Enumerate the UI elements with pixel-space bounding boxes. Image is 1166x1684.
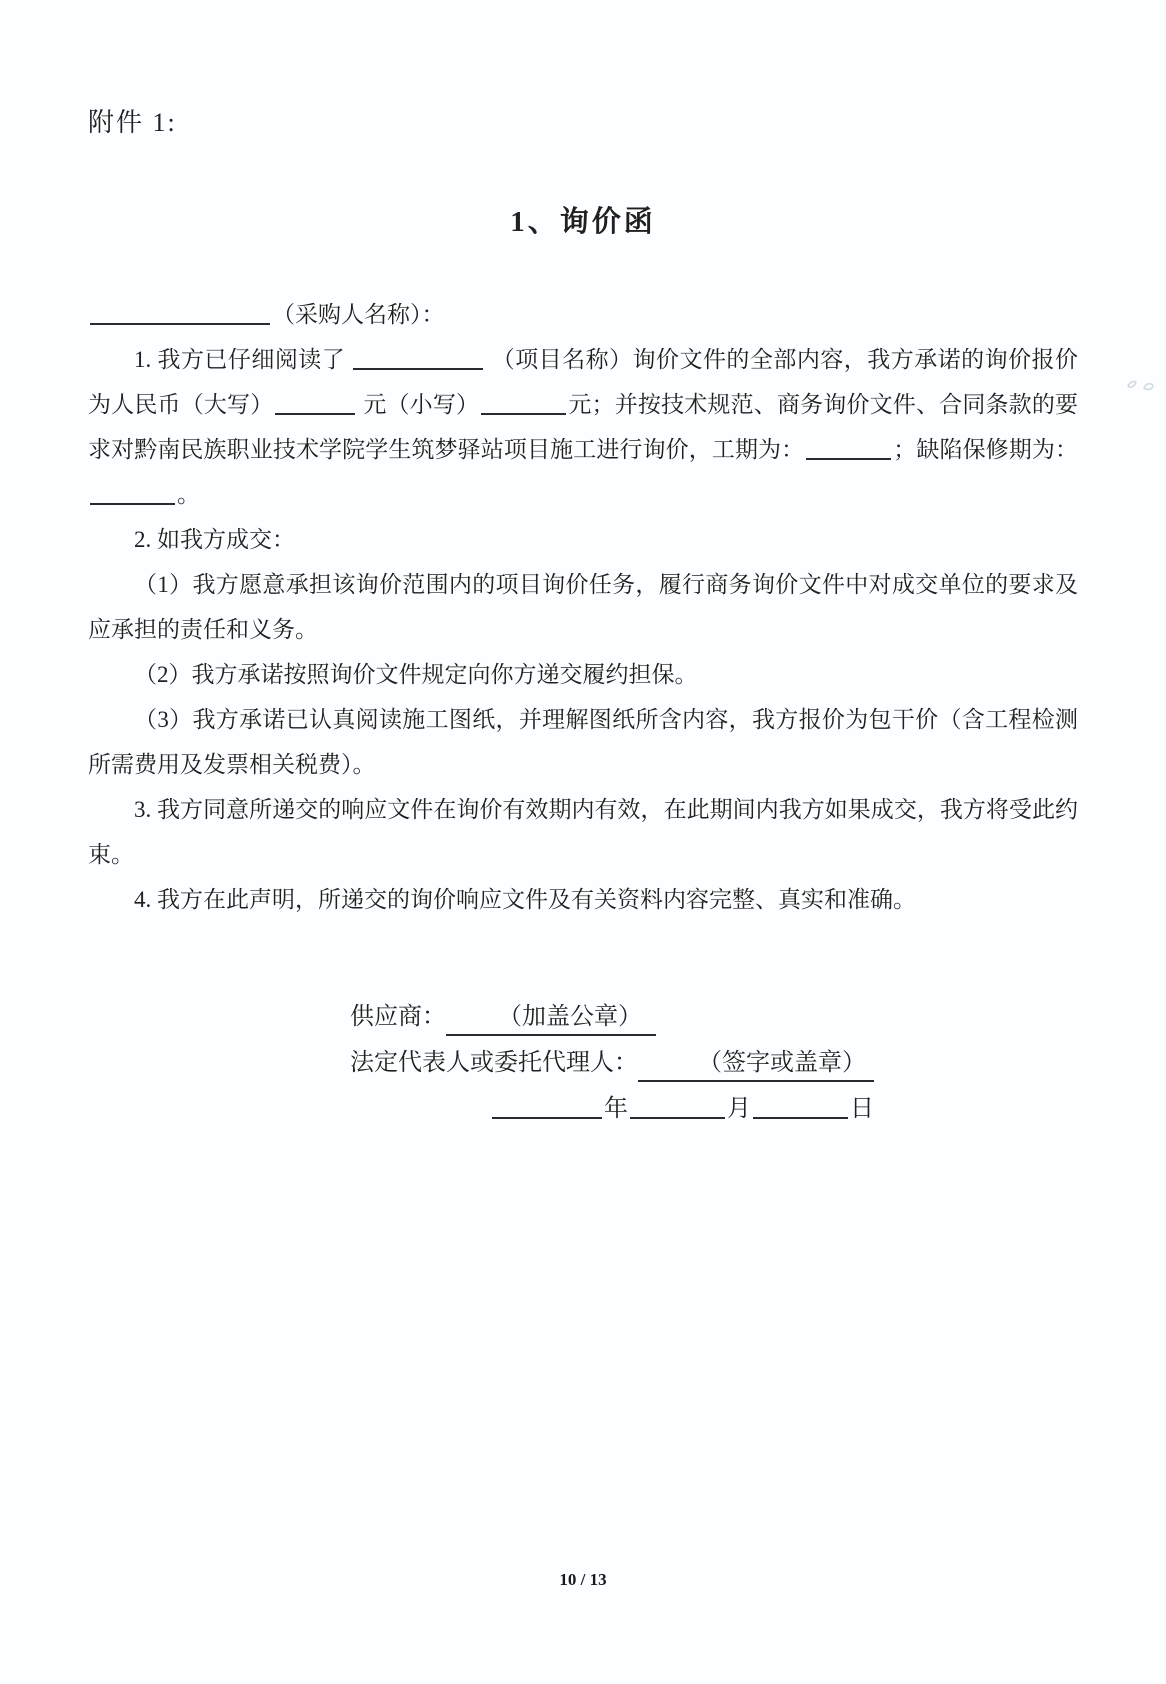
- day-label: 日: [850, 1096, 874, 1122]
- representative-line: 法定代表人或委托代理人：（签字或盖章）: [350, 1040, 1078, 1086]
- date-line: 年月日: [490, 1086, 1078, 1132]
- representative-note: （签字或盖章）: [698, 1050, 866, 1076]
- supplier-note: （加盖公章）: [498, 1004, 642, 1030]
- paragraph-6: 3. 我方同意所递交的响应文件在询价有效期内有效，在此期间内我方如果成交，我方将…: [88, 787, 1078, 877]
- paragraph-5: （3）我方承诺已认真阅读施工图纸，并理解图纸所含内容，我方报价为包干价（含工程检…: [88, 697, 1078, 787]
- signature-block: 供应商：（加盖公章） 法定代表人或委托代理人：（签字或盖章） 年月日: [350, 994, 1078, 1132]
- duration-blank: [806, 440, 891, 460]
- supplier-label: 供应商：: [350, 1004, 446, 1030]
- page-number: 10 / 13: [0, 1570, 1166, 1590]
- year-label: 年: [604, 1096, 628, 1122]
- representative-label: 法定代表人或委托代理人：: [350, 1050, 638, 1076]
- document-title: 1、询价函: [88, 199, 1078, 240]
- price-figure-blank: [481, 395, 566, 415]
- addressee-line: （采购人名称）：: [88, 292, 1078, 337]
- purchaser-name-blank: [90, 305, 270, 325]
- representative-fill-line: （签字或盖章）: [638, 1048, 874, 1082]
- attachment-label: 附件 1:: [88, 0, 1078, 139]
- paragraph-3: （1）我方愿意承担该询价范围内的项目询价任务，履行商务询价文件中对成交单位的要求…: [88, 562, 1078, 652]
- price-capital-blank: [275, 395, 355, 415]
- month-blank: [630, 1099, 725, 1119]
- day-blank: [753, 1099, 848, 1119]
- paragraph-4: （2）我方承诺按照询价文件规定向你方递交履约担保。: [88, 652, 1078, 697]
- warranty-blank: [90, 485, 175, 505]
- supplier-line: 供应商：（加盖公章）: [350, 994, 1078, 1040]
- month-label: 月: [727, 1096, 751, 1122]
- scanned-document-page: 附件 1: 1、询价函 （采购人名称）： 1. 我方已仔细阅读了 （项目名称）询…: [0, 0, 1166, 1684]
- year-blank: [492, 1099, 602, 1119]
- supplier-fill-line: （加盖公章）: [446, 1002, 656, 1036]
- paragraph-7: 4. 我方在此声明，所递交的询价响应文件及有关资料内容完整、真实和准确。: [88, 877, 1078, 922]
- project-name-blank: [353, 350, 483, 370]
- paragraph-2: 2. 如我方成交：: [88, 517, 1078, 562]
- paragraph-1: 1. 我方已仔细阅读了 （项目名称）询价文件的全部内容，我方承诺的询价报价为人民…: [88, 337, 1078, 517]
- letter-body: （采购人名称）： 1. 我方已仔细阅读了 （项目名称）询价文件的全部内容，我方承…: [88, 292, 1078, 922]
- scan-artifact: [1124, 374, 1162, 396]
- addressee-suffix: （采购人名称）：: [272, 302, 445, 327]
